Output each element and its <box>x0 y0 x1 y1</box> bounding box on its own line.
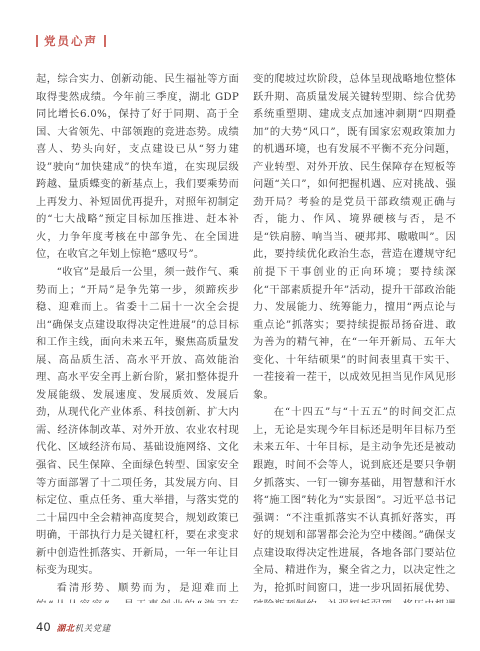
section-title: 党员心声 <box>44 33 98 49</box>
journal-logo: 湖北机关党建 <box>57 622 111 634</box>
left-column: 起，综合实力、创新动能、民生福祉等方面取得斐然成绩。今年前三季度，湖北 GDP … <box>36 71 239 603</box>
page-number: 40 <box>36 620 51 634</box>
section-header: 党员心声 <box>36 33 456 49</box>
page-footer: 40 湖北机关党建 <box>36 620 111 634</box>
header-left-bar-icon <box>36 35 38 47</box>
paragraph: 看清形势、顺势而为，是迎难而上的“从从容容”，是干事创业的“游刃有余”。“十五五… <box>36 580 239 603</box>
paragraph: “收官”是最后一公里，须一鼓作气、乘势而上；“开局”是争先第一步，须蹄疾步稳、迎… <box>36 264 239 580</box>
paragraph: 在“十四五”与“十五五”的时间交汇点上，无论是实现今年目标还是明年目标乃至未来五… <box>253 404 456 603</box>
header-right-bar-icon <box>104 35 106 47</box>
journal-logo-dark-part: 机关党建 <box>75 624 111 634</box>
paragraph: 变的爬坡过坎阶段，总体呈现战略地位整体跃升期、高质量发展关键转型期、综合优势系统… <box>253 71 456 404</box>
right-column: 变的爬坡过坎阶段，总体呈现战略地位整体跃升期、高质量发展关键转型期、综合优势系统… <box>253 71 456 603</box>
article-body: 起，综合实力、创新动能、民生福祉等方面取得斐然成绩。今年前三季度，湖北 GDP … <box>36 71 456 603</box>
paragraph: 起，综合实力、创新动能、民生福祉等方面取得斐然成绩。今年前三季度，湖北 GDP … <box>36 71 239 264</box>
journal-logo-red-part: 湖北 <box>57 624 75 634</box>
magazine-page: 党员心声 起，综合实力、创新动能、民生福祉等方面取得斐然成绩。今年前三季度，湖北… <box>0 0 480 651</box>
